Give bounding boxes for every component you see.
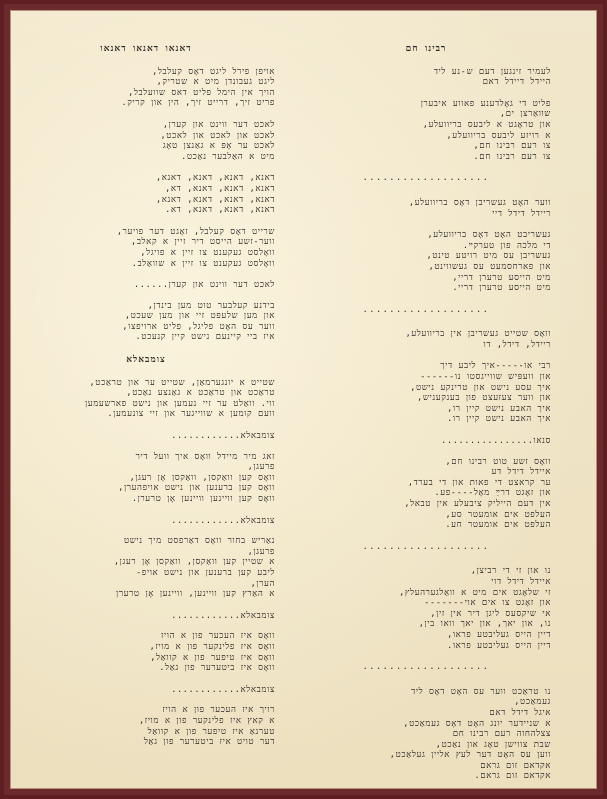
verse-line: א קאץ איז פלינקער פון א מויז, (17, 716, 275, 727)
verse-line: העלפט אים אומעטר סע, (301, 510, 551, 521)
verse-line: רבי או-----איך ליבע דיך (301, 361, 551, 372)
verse-line: לאכט און לאכט און לאכט, (17, 131, 275, 142)
section-divider: ................... (301, 173, 551, 184)
stanza: בידנע קעלבער טוט מען בינדן,און מען שלעפּ… (17, 301, 275, 343)
verse-line: אי שיקסעס ליגן דיר אין זין, (301, 609, 551, 620)
refrain-label: צומבאלא............ (17, 611, 275, 622)
section-divider: ................... (301, 662, 551, 673)
verse-line: וואָס קען ברענען און נישט אויפהערן, (17, 483, 275, 494)
verse-line: אין דעם הייליק ציבעלע אין טבאל, (301, 499, 551, 510)
verse-line: שרייט דאָס קעלבל, זאָגט דער פויער, (17, 227, 275, 238)
verse-line: און וועפּיש שווייגסטו נו------ (301, 372, 551, 383)
verse-line: די מלכה פון טערקײ. (301, 241, 551, 252)
verse-line: איידל דידל דוי (301, 577, 551, 588)
document-frame: רבינו חםלעמיר זינגען דעם ש-נע לידהיידל ד… (0, 0, 607, 799)
stanza: רויך איז העכער פון א הויזא קאץ איז פלינק… (17, 705, 275, 747)
verse-line: לעמיר זינגען דעם ש-נע ליד (301, 67, 551, 78)
stanza: לעמיר זינגען דעם ש-נע לידהיידל דיידל דאם (301, 67, 551, 88)
verse-line: און ווער צעזעצט פון בענקעניש, (301, 393, 551, 404)
stanza: פליט די גאָלדענע פאווע איבערןשוואַרצן ים… (301, 99, 551, 163)
verse-line: ווי. וואַלט ער זיי נעמען און נישט פארשעמ… (17, 399, 275, 410)
verse-line: וואָס זשע טוט רבינו חם, (301, 457, 551, 468)
verse-line: איידל דידל דע (301, 467, 551, 478)
verse-line: ליגט געבונדן מיט א שטריק, (17, 77, 275, 88)
typewritten-page: רבינו חםלעמיר זינגען דעם ש-נע לידהיידל ד… (10, 10, 597, 789)
stanza: זאג מיר מיידל וואָס איך וועל דירפרעגן,וו… (17, 452, 275, 505)
verse-line: העלפט אים אומעטר חע. (301, 520, 551, 531)
verse-line: דאנא, דאנא, דאנא, דא. (17, 205, 275, 216)
stanza: נאַריש בחור וואָס דאַרפסט מיך נישטפרעגן,… (17, 536, 275, 600)
verse-line: און מען שלעפּט זיי און מען שעכט, (17, 311, 275, 322)
verse-line: צו רעם רבינו חם. (301, 152, 551, 163)
verse-line: רויך איז העכער פון א הויז (17, 705, 275, 716)
verse-line: ווער עס האָט פליגל, פליט ארויפצו, (17, 322, 275, 333)
stanza: שטייט א יונגערמאַן, שטייט ער און טראַכט,… (17, 378, 275, 420)
verse-line: פרעגן, (17, 547, 275, 558)
stanza: וואָס זשע טוט רבינו חם,איידל דידל דעער ק… (301, 457, 551, 531)
verse-line: הערן, (17, 579, 275, 590)
section-divider: ................... (301, 542, 551, 553)
stanza: וואָס איז העכער פון א הויזוואָס איז פלינ… (17, 631, 275, 673)
refrain-label: סנאו................ (301, 436, 551, 447)
verse-line: דאנא, דאנא, דאנא, דא, (17, 184, 275, 195)
verse-line: געמאַכט, (301, 697, 551, 708)
verse-line: און זאָגט צו אים אוי------- (301, 598, 551, 609)
refrain-label: לאכט דער ווינט און קערן...... (17, 280, 275, 291)
verse-line: דיין הייס געליבטע פראו, (301, 630, 551, 641)
verse-line: ער קראצט די פאות און די בערד, (301, 478, 551, 489)
verse-line: אקדאם זום גראם (301, 761, 551, 772)
verse-line: וואָס שטייט געשריבן אין בריוועלע, (301, 329, 551, 340)
verse-line: טראַכט און טראַכט א גאַנצע נאַכט, (17, 388, 275, 399)
verse-line: זי שלאָגט אים מיט א וואַלגערהעלץ, (301, 588, 551, 599)
right-column-song: רבינו חםלעמיר זינגען דעם ש-נע לידהיידל ד… (301, 32, 551, 793)
verse-line: וועם קומען א שווייגער און זיי צונעמען. (17, 409, 275, 420)
stanza: נו טראַכט ווער עס האָט דאָס לידגעמאַכט,א… (301, 687, 551, 782)
song-title: צומבאלא (17, 355, 275, 366)
stanza: רבי או-----איך ליבע דיךאון וועפּיש שוויי… (301, 361, 551, 425)
verse-line: געשריבט האָט דאָס בריוועלע, (301, 230, 551, 241)
verse-line: פרעגן, (17, 462, 275, 473)
verse-line: וואָס קען וויינען וויינען אָן טרערן. (17, 494, 275, 505)
verse-line: און פארחסמעט עס געשווינט, (301, 262, 551, 273)
verse-line: איך עסע נישט און טרינקע נישט, (301, 383, 551, 394)
verse-line: וואָלסט געקענט צו זיין א פויגל, (17, 248, 275, 259)
verse-line: איך האבע נישט קיין רו. (301, 414, 551, 425)
stanza: אויפן פירל ליגט דאָס קעלבל,ליגט געבונדן … (17, 67, 275, 109)
verse-line: טערנאַ איז טיפער פון א קוואַל (17, 727, 275, 738)
verse-line: ווער האָט געשריבן דאָס בריוועלע, (301, 198, 551, 209)
section-divider: ................... (301, 305, 551, 316)
verse-line: נו, און יאך, און יאך וואו בין, (301, 619, 551, 630)
stanza: דאנא, דאנא, דאנא, דאנא,דאנא, דאנא, דאנא,… (17, 173, 275, 215)
refrain-label: צומבאלא............ (17, 685, 275, 696)
verse-line: הויך אין הימל פליט דאס שוועלבל, (17, 88, 275, 99)
verse-line: איגל דידל דאם (301, 708, 551, 719)
verse-line: לאכט ער אָפּ א גאַנצן טאָג (17, 141, 275, 152)
stanza: ווער האָט געשריבן דאָס בריוועלע,ריידל די… (301, 198, 551, 219)
verse-line: נאַריש בחור וואָס דאַרפסט מיך נישט (17, 536, 275, 547)
verse-line: נו טראַכט ווער עס האָט דאָס ליד (301, 687, 551, 698)
verse-line: ליבע קען ברענען און נישט אויפ- (17, 568, 275, 579)
refrain-label: צומבאלא............ (17, 516, 275, 527)
refrain-label: צומבאלא............ (17, 431, 275, 442)
verse-line: בידנע קעלבער טוט מען בינדן, (17, 301, 275, 312)
verse-line: היידל דיידל דאם (301, 77, 551, 88)
stanza: וואָס שטייט געשריבן אין בריוועלע,ריידל, … (301, 329, 551, 350)
song-title: רבינו חם (301, 44, 551, 55)
verse-line: וואָס איז טיפער פון א קוואַל, (17, 653, 275, 664)
verse-line: שטייט א יונגערמאַן, שטייט ער און טראַכט, (17, 378, 275, 389)
verse-line: דיין הייס געליבטע פראו. (301, 641, 551, 652)
verse-line: דער טויט איז ביטערער פון גאַל (17, 737, 275, 748)
stanza: שרייט דאָס קעלבל, זאָגט דער פויער,ווער-ז… (17, 227, 275, 269)
verse-line: פריט זיך, דרייט זיך, הין און קריק. (17, 98, 275, 109)
stanza: לאכט דער ווינט און קערן,לאכט און לאכט או… (17, 120, 275, 162)
stanza: געשריבט האָט דאָס בריוועלע,די מלכה פון ט… (301, 230, 551, 294)
verse-line: א רויזע ליבעס בריוועלע, (301, 131, 551, 142)
verse-line: ריידל, דידל, דו (301, 340, 551, 351)
verse-line: וואָס קען וואַקסן, וואַקסן אָן רעגן, (17, 473, 275, 484)
verse-line: וואָס איז ביטערער פון גאַל. (17, 663, 275, 674)
verse-line: איך האבע נישט קיין רו, (301, 404, 551, 415)
verse-line: איז ביי קיינעם נישט קיין קנעכט. (17, 332, 275, 343)
verse-line: אויפן פירל ליגט דאָס קעלבל, (17, 67, 275, 78)
verse-line: שבת צווישן טאָג און נאַכט, (301, 740, 551, 751)
verse-line: פליט די גאָלדענע פאווע איבערן (301, 99, 551, 110)
verse-line: לאכט דער ווינט און קערן, (17, 120, 275, 131)
song-title: דאנאו דאנאו דאנאו (17, 44, 275, 55)
verse-line: געשריבן עס מיט רויטע טינט, (301, 251, 551, 262)
verse-line: ווער-זשע הייסט דיר זיין א קאלב, (17, 237, 275, 248)
verse-line: שוואַרצן ים, (301, 109, 551, 120)
verse-line: דאנא, דאנא, דאנא, דאנא, (17, 195, 275, 206)
verse-line: ווען עס האָט דער לעץ אליין געלאַכט, (301, 750, 551, 761)
verse-line: מיט א האַלבער נאַכט. (17, 152, 275, 163)
verse-line: א שטיין קען וואַקסן, וואַקסן אָן רעגן, (17, 557, 275, 568)
left-column-song: דאנאו דאנאו דאנאואויפן פירל ליגט דאָס קע… (17, 32, 275, 759)
verse-line: נו און זי די רביצן, (301, 566, 551, 577)
verse-line: צו רעם רבינו חם, (301, 141, 551, 152)
verse-line: מיט הייסע טרערן דריי, (301, 273, 551, 284)
verse-line: און טראָגט א ליבעס בריוועלע, (301, 120, 551, 131)
verse-line: וואָס איז העכער פון א הויז (17, 631, 275, 642)
verse-line: א שניידער יונג האָט דאָס געמאַכט, (301, 719, 551, 730)
verse-line: זאג מיר מיידל וואָס איך וועל דיר (17, 452, 275, 463)
verse-line: וואָס איז פלינקער פון א מויז, (17, 642, 275, 653)
stanza: נו און זי די רביצן,איידל דידל דויזי שלאָ… (301, 566, 551, 651)
verse-line: אקדאם זום גראם. (301, 771, 551, 782)
verse-line: ריידל דידל דיי (301, 209, 551, 220)
verse-line: וואָלסט געקענט צו זיין א שוואַלב. (17, 259, 275, 270)
verse-line: א האַרץ קען וויינען, וויינען אָן טרערן (17, 589, 275, 600)
verse-line: דאנא, דאנא, דאנא, דאנא, (17, 173, 275, 184)
verse-line: מיט הייסע טרערן דריי. (301, 283, 551, 294)
verse-line: און זאָגט דרײַ מאָל----פע. (301, 488, 551, 499)
verse-line: צצלהחוה רעם רבינו חם (301, 729, 551, 740)
